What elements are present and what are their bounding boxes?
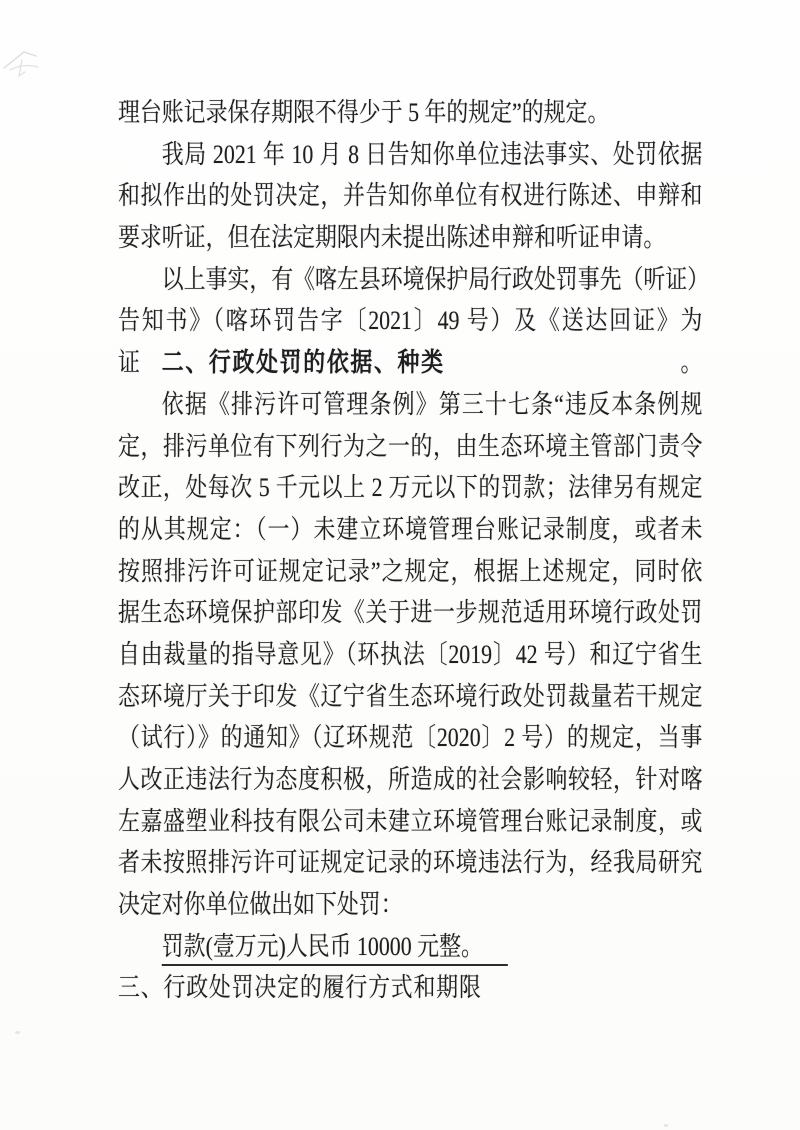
- doc-line: 定，排污单位有下列行为之一的，由生态环境主管部门责令: [118, 426, 702, 468]
- doc-line: 的从其规定：（一）未建立环境管理台账记录制度，或者未: [118, 509, 702, 551]
- doc-line: 态环境厅关于印发《辽宁省生态环境行政处罚裁量若干规定: [118, 676, 702, 718]
- scan-speck: [15, 1031, 20, 1034]
- doc-line: 者未按照排污许可证规定记录的环境违法行为，经我局研究: [118, 842, 702, 884]
- doc-line: 我局 2021 年 10 月 8 日告知你单位违法事实、处罚依据: [118, 134, 702, 176]
- document-body: 理台账记录保存期限不得少于 5 年的规定”的规定。 我局 2021 年 10 月…: [118, 92, 702, 1009]
- doc-line: 改正，处每次 5 千元以上 2 万元以下的罚款；法律另有规定: [118, 467, 702, 509]
- doc-line: 据生态环境保护部印发《关于进一步规范适用环境行政处罚: [118, 592, 702, 634]
- doc-line: 自由裁量的指导意见》（环执法〔2019〕42 号）和辽宁省生: [118, 634, 702, 676]
- section-three-heading: 三、行政处罚决定的履行方式和期限: [118, 967, 702, 1009]
- penalty-amount-text: 罚款(壹万元)人民币 10000 元整。: [162, 932, 508, 966]
- doc-line: 要求听证，但在法定期限内未提出陈述申辩和听证申请。: [118, 217, 702, 259]
- doc-line: 以上事实，有《喀左县环境保护局行政处罚事先（听证）: [118, 259, 702, 301]
- doc-line: 按照排污许可证规定记录”之规定，根据上述规定，同时依: [118, 551, 702, 593]
- doc-line: 左嘉盛塑业科技有限公司未建立环境管理台账记录制度，或: [118, 801, 702, 843]
- doc-line: （试行）》的通知》（辽环规范〔2020〕2 号）的规定，当事: [118, 717, 702, 759]
- scanned-page: 理台账记录保存期限不得少于 5 年的规定”的规定。 我局 2021 年 10 月…: [0, 0, 800, 1130]
- doc-line: 人改正违法行为态度积极，所造成的社会影响较轻，针对喀: [118, 759, 702, 801]
- doc-line: 和拟作出的处罚决定，并告知你单位有权进行陈述、申辩和: [118, 175, 702, 217]
- scan-scribble-artifact: [2, 42, 46, 82]
- scan-speck: [664, 1124, 668, 1127]
- doc-line: 理台账记录保存期限不得少于 5 年的规定”的规定。: [118, 92, 702, 134]
- doc-line: 决定对你单位做出如下处罚：: [118, 884, 702, 926]
- doc-line: 依据《排污许可管理条例》第三十七条“违反本条例规: [118, 384, 702, 426]
- doc-line: 告知书》（喀环罚告字〔2021〕49 号）及《送达回证》为证。: [118, 300, 702, 342]
- penalty-amount-line: 罚款(壹万元)人民币 10000 元整。: [118, 926, 702, 968]
